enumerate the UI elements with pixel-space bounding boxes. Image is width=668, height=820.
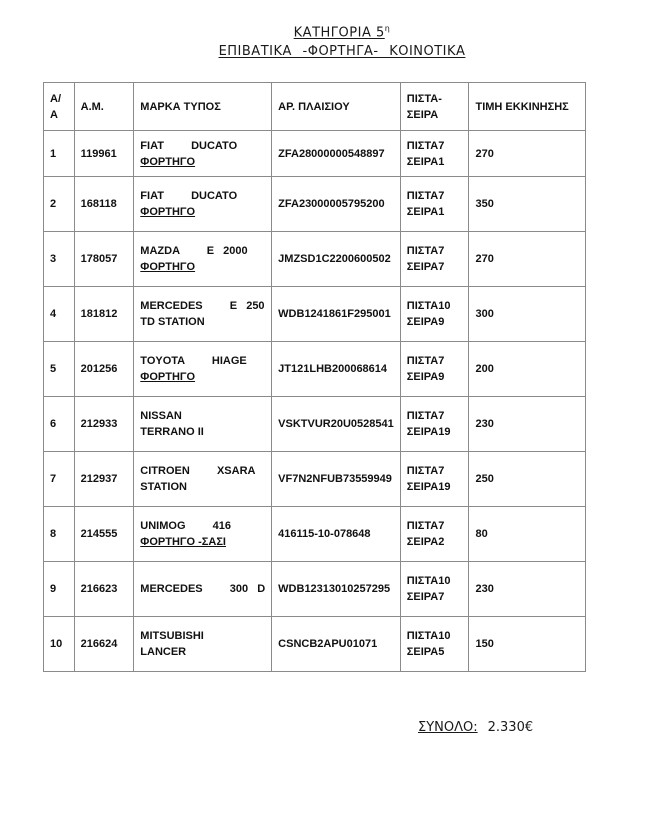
table-row: 6212933NISSANTERRANO IIVSKTVUR20U0528541… [44, 397, 586, 452]
table-row: 10216624MITSUBISHILANCERCSNCB2APU01071ΠΙ… [44, 617, 586, 672]
vehicle-type-text: LANCER [140, 644, 265, 660]
table-row: 8214555UNIMOG 416ΦΟΡΤΗΓΟ -ΣΑΣΙ416115-10-… [44, 507, 586, 562]
col-header-vin: ΑΡ. ΠΛΑΙΣΙΟΥ [272, 83, 401, 131]
series-text: ΣΕΙΡΑ7 [407, 589, 463, 605]
vehicle-type-text: ΦΟΡΤΗΓΟ [140, 154, 265, 170]
cell-aa: 7 [44, 452, 75, 507]
cell-aa: 10 [44, 617, 75, 672]
cell-brand: MERCEDES 300 D [134, 562, 272, 617]
brand-text: MITSUBISHI [140, 628, 265, 644]
vehicle-type-text: ΦΟΡΤΗΓΟ [140, 369, 265, 385]
series-text: ΣΕΙΡΑ19 [407, 424, 463, 440]
series-text: ΣΕΙΡΑ2 [407, 534, 463, 550]
total-line: ΣΥΝΟΛΟ:2.330€ [418, 720, 533, 735]
cell-aa: 9 [44, 562, 75, 617]
table-row: 5201256TOYOTA HIAGEΦΟΡΤΗΓΟJT121LHB200068… [44, 342, 586, 397]
table-header-row: Α/Α Α.Μ. ΜΑΡΚΑ ΤΥΠΟΣ ΑΡ. ΠΛΑΙΣΙΟΥ ΠΙΣΤΑ-… [44, 83, 586, 131]
cell-track: ΠΙΣΤΑ7ΣΕΙΡΑ9 [400, 342, 469, 397]
vehicle-type-text: ΦΟΡΤΗΓΟ -ΣΑΣΙ [140, 534, 265, 550]
series-text: ΣΕΙΡΑ1 [407, 204, 463, 220]
cell-price: 230 [469, 562, 586, 617]
cell-vin: JT121LHB200068614 [272, 342, 401, 397]
cell-vin: VSKTVUR20U0528541 [272, 397, 401, 452]
cell-brand: NISSANTERRANO II [134, 397, 272, 452]
cell-brand: MAZDA E 2000ΦΟΡΤΗΓΟ [134, 232, 272, 287]
series-text: ΣΕΙΡΑ9 [407, 369, 463, 385]
cell-brand: FIAT DUCATOΦΟΡΤΗΓΟ [134, 177, 272, 232]
brand-text: FIAT DUCATO [140, 188, 265, 204]
track-text: ΠΙΣΤΑ7 [407, 188, 463, 204]
cell-price: 350 [469, 177, 586, 232]
col-header-price: ΤΙΜΗ ΕΚΚΙΝΗΣΗΣ [469, 83, 586, 131]
table-row: 9216623MERCEDES 300 DWDB12313010257295ΠΙ… [44, 562, 586, 617]
vehicle-type-text: ΦΟΡΤΗΓΟ [140, 259, 265, 275]
brand-text: MAZDA E 2000 [140, 243, 265, 259]
cell-vin: ZFA23000005795200 [272, 177, 401, 232]
cell-brand: CITROEN XSARASTATION [134, 452, 272, 507]
track-text: ΠΙΣΤΑ7 [407, 518, 463, 534]
vehicle-type-text: TERRANO II [140, 424, 265, 440]
cell-brand: UNIMOG 416ΦΟΡΤΗΓΟ -ΣΑΣΙ [134, 507, 272, 562]
cell-track: ΠΙΣΤΑ7ΣΕΙΡΑ7 [400, 232, 469, 287]
vehicle-type-text: STATION [140, 479, 265, 495]
cell-brand: MITSUBISHILANCER [134, 617, 272, 672]
table-row: 4181812MERCEDES E 250TD STATIONWDB124186… [44, 287, 586, 342]
category-superscript: η [385, 24, 391, 33]
vehicle-type-text: TD STATION [140, 314, 265, 330]
table-row: 2168118FIAT DUCATOΦΟΡΤΗΓΟZFA230000057952… [44, 177, 586, 232]
cell-price: 270 [469, 232, 586, 287]
col-header-brand: ΜΑΡΚΑ ΤΥΠΟΣ [134, 83, 272, 131]
cell-price: 150 [469, 617, 586, 672]
cell-price: 270 [469, 131, 586, 177]
cell-track: ΠΙΣΤΑ10ΣΕΙΡΑ9 [400, 287, 469, 342]
cell-track: ΠΙΣΤΑ7ΣΕΙΡΑ1 [400, 177, 469, 232]
cell-aa: 8 [44, 507, 75, 562]
brand-text: CITROEN XSARA [140, 463, 265, 479]
cell-am: 212937 [74, 452, 134, 507]
table-row: 3178057MAZDA E 2000ΦΟΡΤΗΓΟJMZSD1C2200600… [44, 232, 586, 287]
cell-aa: 4 [44, 287, 75, 342]
cell-vin: 416115-10-078648 [272, 507, 401, 562]
series-text: ΣΕΙΡΑ7 [407, 259, 463, 275]
cell-track: ΠΙΣΤΑ7ΣΕΙΡΑ19 [400, 397, 469, 452]
brand-text: MERCEDES 300 D [140, 581, 265, 597]
cell-am: 216624 [74, 617, 134, 672]
track-text: ΠΙΣΤΑ10 [407, 573, 463, 589]
cell-price: 80 [469, 507, 586, 562]
track-text: ΠΙΣΤΑ7 [407, 243, 463, 259]
cell-brand: TOYOTA HIAGEΦΟΡΤΗΓΟ [134, 342, 272, 397]
series-text: ΣΕΙΡΑ19 [407, 479, 463, 495]
cell-am: 212933 [74, 397, 134, 452]
cell-aa: 5 [44, 342, 75, 397]
cell-track: ΠΙΣΤΑ10ΣΕΙΡΑ7 [400, 562, 469, 617]
vehicles-table: Α/Α Α.Μ. ΜΑΡΚΑ ΤΥΠΟΣ ΑΡ. ΠΛΑΙΣΙΟΥ ΠΙΣΤΑ-… [43, 82, 586, 672]
cell-vin: ZFA28000000548897 [272, 131, 401, 177]
cell-track: ΠΙΣΤΑ7ΣΕΙΡΑ19 [400, 452, 469, 507]
track-text: ΠΙΣΤΑ10 [407, 628, 463, 644]
total-value: 2.330€ [488, 720, 534, 735]
track-text: ΠΙΣΤΑ7 [407, 138, 463, 154]
series-text: ΣΕΙΡΑ5 [407, 644, 463, 660]
track-text: ΠΙΣΤΑ7 [407, 408, 463, 424]
series-text: ΣΕΙΡΑ1 [407, 154, 463, 170]
cell-price: 300 [469, 287, 586, 342]
category-text: ΚΑΤΗΓΟΡΙΑ 5 [294, 25, 385, 40]
cell-am: 178057 [74, 232, 134, 287]
brand-text: NISSAN [140, 408, 265, 424]
brand-text: UNIMOG 416 [140, 518, 265, 534]
cell-aa: 6 [44, 397, 75, 452]
cell-track: ΠΙΣΤΑ7ΣΕΙΡΑ1 [400, 131, 469, 177]
col-header-aa: Α/Α [44, 83, 75, 131]
cell-am: 119961 [74, 131, 134, 177]
brand-text: TOYOTA HIAGE [140, 353, 265, 369]
cell-vin: WDB1241861F295001 [272, 287, 401, 342]
cell-brand: MERCEDES E 250TD STATION [134, 287, 272, 342]
cell-aa: 1 [44, 131, 75, 177]
cell-vin: VF7N2NFUB73559949 [272, 452, 401, 507]
vehicle-type-text: ΦΟΡΤΗΓΟ [140, 204, 265, 220]
brand-text: FIAT DUCATO [140, 138, 265, 154]
cell-am: 214555 [74, 507, 134, 562]
document-subtitle: ΕΠΙΒΑΤΙΚΑ -ΦΟΡΤΗΓΑ- ΚΟΙΝΟΤΙΚΑ [8, 44, 668, 59]
table-row: 1119961FIAT DUCATOΦΟΡΤΗΓΟZFA280000005488… [44, 131, 586, 177]
brand-text: MERCEDES E 250 [140, 298, 265, 314]
cell-price: 200 [469, 342, 586, 397]
track-text: ΠΙΣΤΑ7 [407, 353, 463, 369]
cell-price: 230 [469, 397, 586, 452]
cell-am: 168118 [74, 177, 134, 232]
cell-vin: JMZSD1C2200600502 [272, 232, 401, 287]
document-category-title: ΚΑΤΗΓΟΡΙΑ 5η [8, 24, 668, 40]
cell-vin: CSNCB2APU01071 [272, 617, 401, 672]
cell-price: 250 [469, 452, 586, 507]
col-header-track: ΠΙΣΤΑ-ΣΕΙΡΑ [400, 83, 469, 131]
cell-am: 216623 [74, 562, 134, 617]
cell-brand: FIAT DUCATOΦΟΡΤΗΓΟ [134, 131, 272, 177]
cell-am: 181812 [74, 287, 134, 342]
cell-track: ΠΙΣΤΑ7ΣΕΙΡΑ2 [400, 507, 469, 562]
track-text: ΠΙΣΤΑ7 [407, 463, 463, 479]
subtitle-text: ΕΠΙΒΑΤΙΚΑ -ΦΟΡΤΗΓΑ- ΚΟΙΝΟΤΙΚΑ [219, 44, 466, 59]
series-text: ΣΕΙΡΑ9 [407, 314, 463, 330]
cell-vin: WDB12313010257295 [272, 562, 401, 617]
track-text: ΠΙΣΤΑ10 [407, 298, 463, 314]
table-row: 7212937CITROEN XSARASTATIONVF7N2NFUB7355… [44, 452, 586, 507]
total-label: ΣΥΝΟΛΟ: [418, 720, 478, 735]
cell-track: ΠΙΣΤΑ10ΣΕΙΡΑ5 [400, 617, 469, 672]
cell-am: 201256 [74, 342, 134, 397]
cell-aa: 3 [44, 232, 75, 287]
cell-aa: 2 [44, 177, 75, 232]
col-header-am: Α.Μ. [74, 83, 134, 131]
